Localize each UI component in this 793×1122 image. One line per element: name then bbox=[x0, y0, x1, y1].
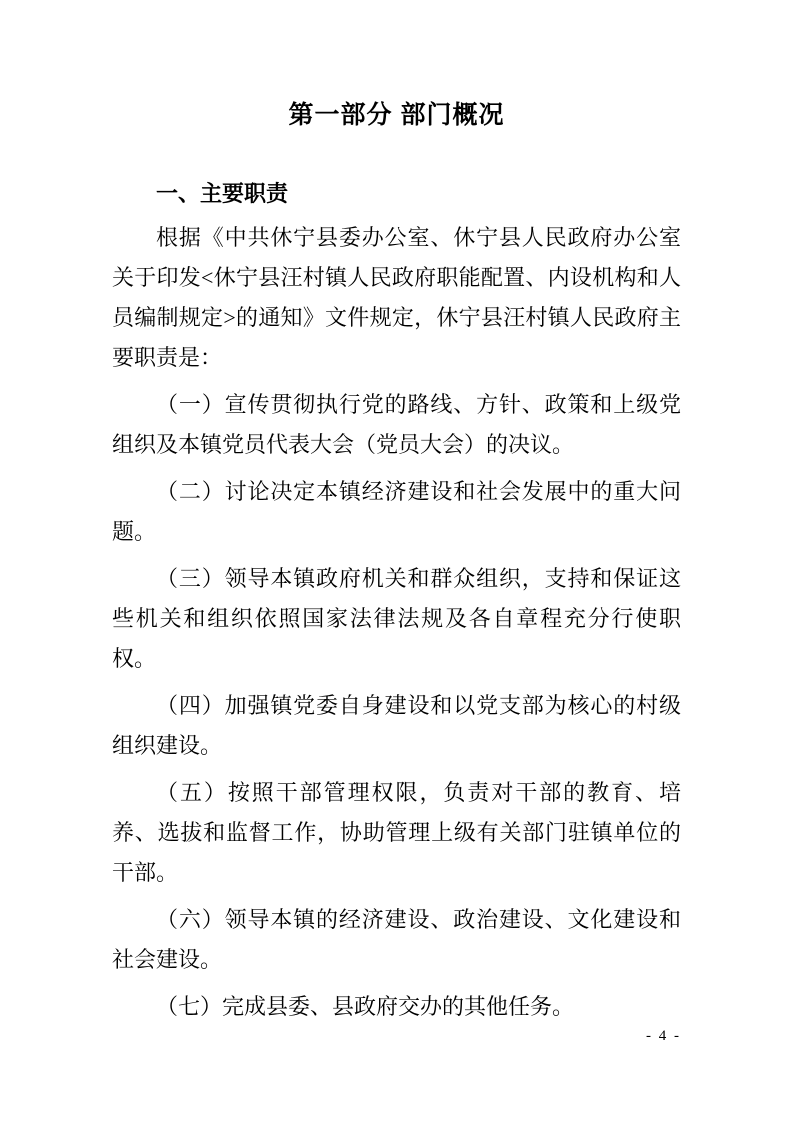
paragraph-duty-1: （一）宣传贯彻执行党的路线、方针、政策和上级党组织及本镇党员代表大会（党员大会）… bbox=[112, 385, 681, 465]
section-heading-main-duties: 一、主要职责 bbox=[112, 180, 681, 208]
paragraph-intro: 根据《中共休宁县委办公室、休宁县人民政府办公室关于印发<休宁县汪村镇人民政府职能… bbox=[112, 218, 681, 378]
document-title: 第一部分 部门概况 bbox=[0, 0, 793, 134]
paragraph-duty-2: （二）讨论决定本镇经济建设和社会发展中的重大问题。 bbox=[112, 472, 681, 552]
document-page: 第一部分 部门概况 一、主要职责 根据《中共休宁县委办公室、休宁县人民政府办公室… bbox=[0, 0, 793, 1122]
paragraph-duty-4: （四）加强镇党委自身建设和以党支部为核心的村级组织建设。 bbox=[112, 686, 681, 766]
page-number: - 4 - bbox=[646, 1026, 681, 1046]
document-body: 一、主要职责 根据《中共休宁县委办公室、休宁县人民政府办公室关于印发<休宁县汪村… bbox=[112, 180, 681, 1027]
paragraph-duty-6: （六）领导本镇的经济建设、政治建设、文化建设和社会建设。 bbox=[112, 900, 681, 980]
paragraph-duty-7: （七）完成县委、县政府交办的其他任务。 bbox=[112, 987, 681, 1027]
paragraph-duty-3: （三）领导本镇政府机关和群众组织，支持和保证这些机关和组织依照国家法律法规及各自… bbox=[112, 559, 681, 679]
paragraph-duty-5: （五）按照干部管理权限，负责对干部的教育、培养、选拔和监督工作，协助管理上级有关… bbox=[112, 773, 681, 893]
